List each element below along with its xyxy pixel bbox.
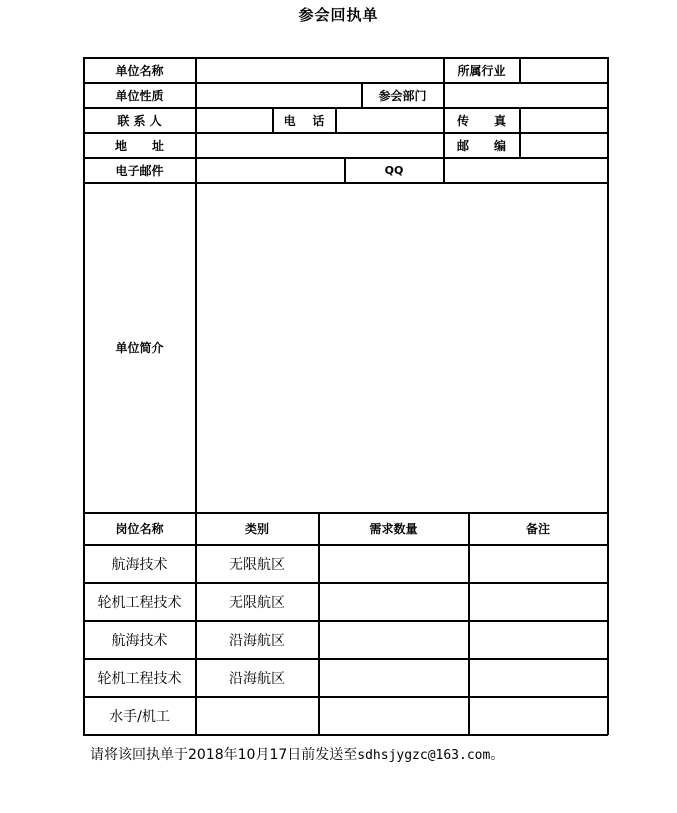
category-cell: 无限航区 [196, 583, 318, 620]
unit-nature-label: 单位性质 [84, 83, 195, 107]
remark-field[interactable] [470, 697, 607, 734]
email-label: 电子邮件 [84, 158, 195, 182]
phone-field[interactable] [337, 108, 443, 132]
footer-email: sdhsjygzc@163.com [357, 748, 490, 763]
fax-label: 传 真 [444, 108, 519, 132]
category-cell: 沿海航区 [196, 659, 318, 696]
unit-name-field[interactable] [197, 58, 443, 82]
fax-field[interactable] [521, 108, 607, 132]
quantity-field[interactable] [320, 659, 468, 696]
remark-field[interactable] [470, 659, 607, 696]
industry-field[interactable] [521, 58, 607, 82]
category-field[interactable] [197, 697, 318, 734]
department-field[interactable] [445, 83, 607, 107]
remark-field[interactable] [470, 583, 607, 620]
category-cell: 沿海航区 [196, 621, 318, 658]
qq-label: QQ [345, 158, 443, 182]
position-cell: 轮机工程技术 [84, 659, 195, 696]
industry-label: 所属行业 [444, 58, 519, 82]
address-field[interactable] [197, 133, 443, 157]
quantity-field[interactable] [320, 621, 468, 658]
intro-label: 单位简介 [84, 183, 195, 512]
category-cell: 无限航区 [196, 545, 318, 582]
position-cell: 水手/机工 [84, 697, 195, 734]
intro-field[interactable] [197, 183, 607, 512]
postcode-label: 邮 编 [444, 133, 519, 157]
unit-nature-field[interactable] [197, 83, 361, 107]
header-position: 岗位名称 [84, 513, 195, 544]
header-category: 类别 [196, 513, 318, 544]
footer-note: 请将该回执单于2018年10月17日前发送至sdhsjygzc@163.com。 [90, 744, 504, 764]
qq-field[interactable] [445, 158, 607, 182]
position-cell: 航海技术 [84, 545, 195, 582]
phone-label: 电 话 [273, 108, 335, 132]
department-label: 参会部门 [362, 83, 443, 107]
quantity-field[interactable] [320, 697, 468, 734]
footer-suffix: 。 [490, 747, 504, 763]
position-cell: 轮机工程技术 [84, 583, 195, 620]
remark-field[interactable] [470, 545, 607, 582]
contact-label: 联 系 人 [84, 108, 195, 132]
unit-name-label: 单位名称 [84, 58, 195, 82]
postcode-field[interactable] [521, 133, 607, 157]
remark-field[interactable] [470, 621, 607, 658]
email-field[interactable] [197, 158, 344, 182]
footer-text: 请将该回执单于2018年10月17日前发送至 [90, 747, 357, 763]
address-label: 地 址 [84, 133, 195, 157]
header-remark: 备注 [469, 513, 607, 544]
quantity-field[interactable] [320, 545, 468, 582]
quantity-field[interactable] [320, 583, 468, 620]
page-title: 参会回执单 [0, 4, 677, 25]
header-quantity: 需求数量 [319, 513, 468, 544]
position-cell: 航海技术 [84, 621, 195, 658]
contact-field[interactable] [197, 108, 272, 132]
